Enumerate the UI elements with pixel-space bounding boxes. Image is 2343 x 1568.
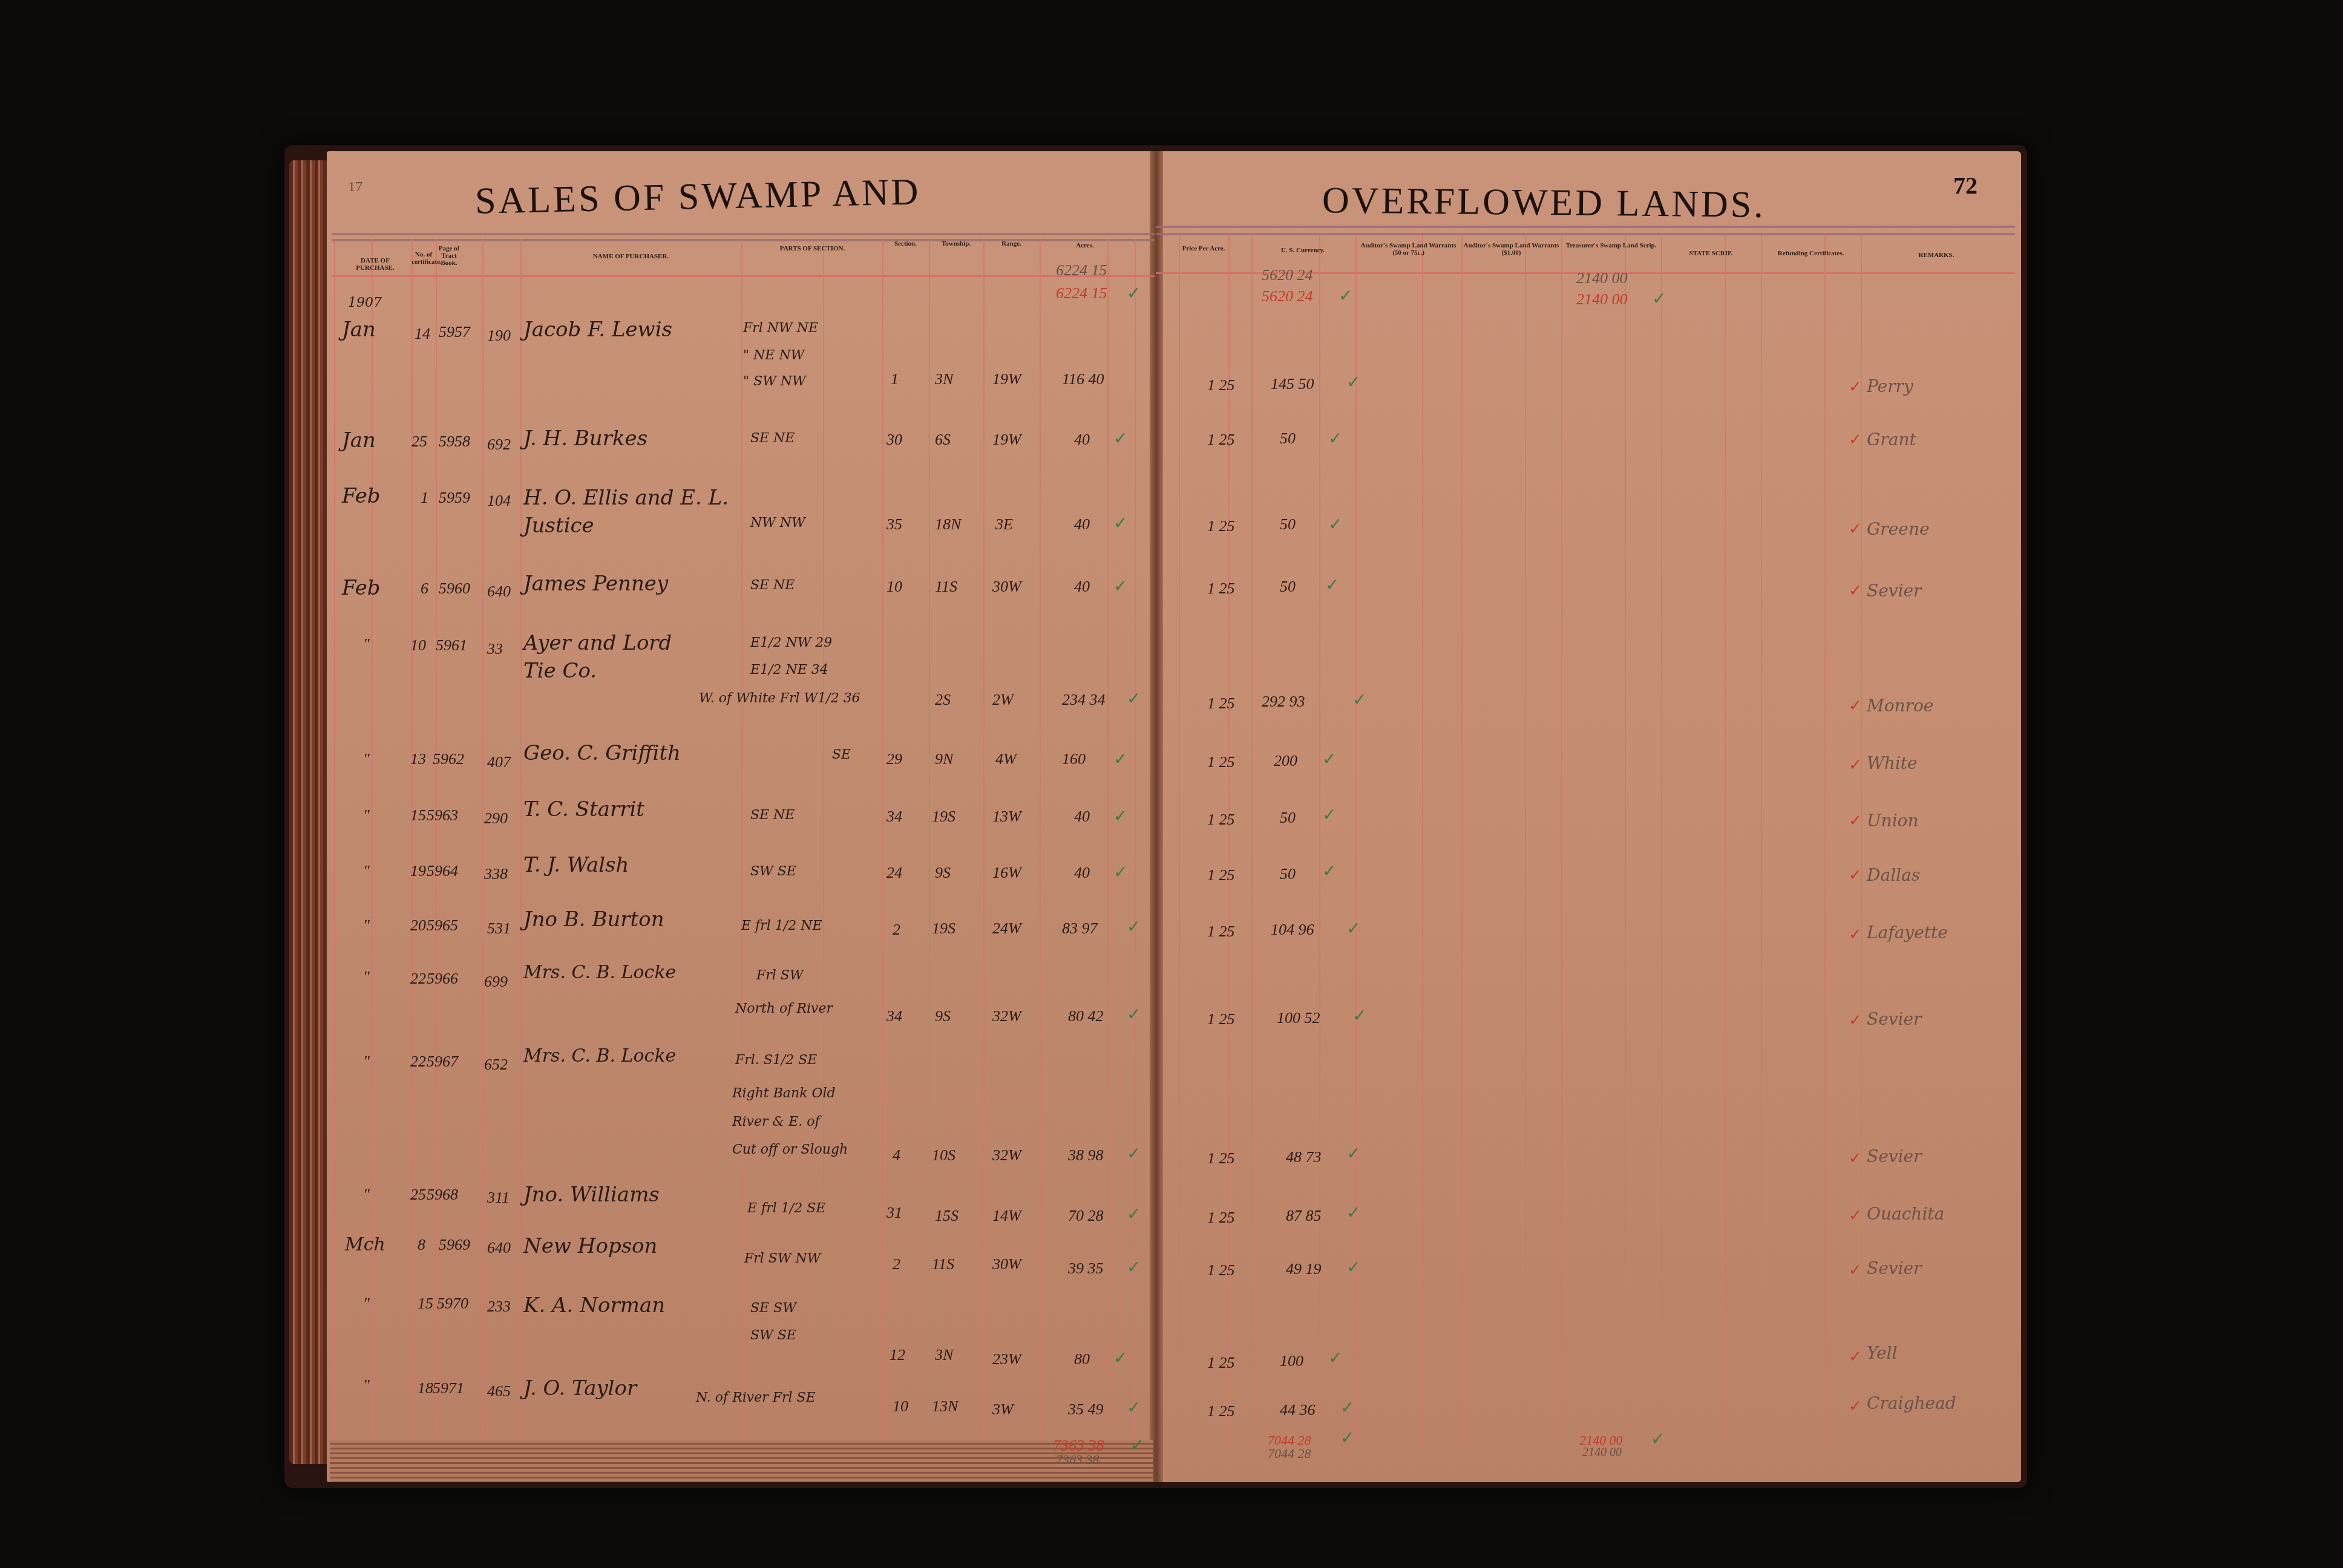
entry-day: 19 (410, 862, 426, 880)
entry-township: 19S (932, 920, 955, 938)
entry-range: 3W (992, 1400, 1014, 1419)
entry-parts-line: " NE NW (743, 348, 804, 363)
entry-price: 1 25 (1207, 580, 1235, 598)
entry-parts-line: E1/2 NE 34 (750, 662, 828, 678)
entry-cert: 5970 (437, 1295, 468, 1313)
entry-range: 19W (992, 370, 1021, 388)
check-icon: ✓ (1328, 1348, 1342, 1368)
header-cert: No. of certificate. (411, 251, 436, 266)
entry-parts-line: SE NE (750, 578, 795, 593)
check-icon: ✓ (1113, 428, 1127, 448)
entry-currency: 50 (1280, 578, 1296, 596)
page-stack-bottom (330, 1440, 1153, 1482)
entry-township: 9N (935, 750, 953, 768)
entry-day: 18 (418, 1379, 433, 1397)
entry-parts-line: SE (832, 747, 851, 762)
entry-name: J. O. Taylor (523, 1376, 637, 1400)
header-treasury: Treasurer's Swamp Land Scrip. (1561, 242, 1661, 249)
entry-remark: Craighead (1867, 1393, 1956, 1413)
entry-remark: Sevier (1867, 1009, 1921, 1029)
entry-day: 25 (410, 1186, 426, 1204)
entry-remark: Sevier (1867, 1146, 1921, 1166)
entry-currency: 50 (1280, 515, 1296, 534)
entry-currency: 100 (1280, 1352, 1303, 1370)
entry-cert: 5964 (427, 862, 458, 880)
entry-acres: 80 (1074, 1350, 1090, 1368)
entry-remark: Greene (1867, 519, 1930, 539)
entry-month: Feb (342, 576, 381, 600)
check-icon: ✓ (1652, 289, 1666, 309)
entry-acres: 38 98 (1068, 1146, 1104, 1165)
entry-page: 190 (487, 327, 511, 345)
entry-price: 1 25 (1207, 1261, 1235, 1279)
header-rule-top (332, 233, 1155, 235)
header-auditor-100: Auditor's Swamp Land Warrants ($1.00) (1461, 242, 1561, 256)
entry-day: 22 (410, 970, 426, 988)
header-acres: Acres. (1040, 242, 1130, 249)
check-icon: ✓ (1322, 805, 1336, 825)
entry-acres: 80 42 (1068, 1007, 1104, 1025)
entry-acres: 40 (1074, 808, 1090, 826)
carried-acres-pencil: 6224 15 (1056, 261, 1107, 279)
check-icon: ✓ (1352, 690, 1366, 710)
entry-name: T. C. Starrit (523, 797, 644, 822)
header-remarks: REMARKS. (1861, 252, 2012, 259)
check-icon: ✓ (1130, 1435, 1144, 1455)
entry-cert: 5967 (427, 1053, 458, 1071)
page-title-right: OVERFLOWED LANDS. (1322, 179, 1766, 227)
entry-remark: Grant (1867, 430, 1916, 449)
header-state-scrip: STATE SCRIP. (1661, 250, 1761, 257)
entry-acres: 39 35 (1068, 1259, 1104, 1278)
entry-township: 3N (935, 370, 953, 388)
entry-section: 1 (891, 370, 899, 388)
entry-parts-line: SE NE (750, 431, 795, 446)
entry-range: 19W (992, 431, 1021, 449)
entry-cert: 5960 (439, 580, 470, 598)
header-currency: U. S. Currency. (1251, 247, 1354, 254)
entry-parts-line: N. of River Frl SE (696, 1390, 816, 1405)
entry-parts-line: E frl 1/2 SE (747, 1201, 825, 1216)
entry-day: 8 (418, 1236, 425, 1254)
red-check-icon: ✓ (1849, 1207, 1862, 1225)
entry-acres: 160 (1062, 750, 1086, 768)
header-rule-top-right-2 (1156, 233, 2015, 235)
entry-range: 14W (992, 1207, 1021, 1225)
entry-township: 9S (935, 1007, 951, 1025)
entry-parts-line: Frl. S1/2 SE (735, 1053, 817, 1068)
entry-month: " (363, 750, 370, 768)
header-refunding: Refunding Certificates. (1761, 250, 1861, 257)
carried-treasury-red: 2140 00 (1576, 290, 1628, 309)
entry-parts-line: North of River (735, 1001, 833, 1016)
entry-acres: 70 28 (1068, 1207, 1104, 1225)
entry-section: 34 (886, 808, 902, 826)
check-icon: ✓ (1328, 428, 1342, 448)
entry-page: 640 (487, 1239, 511, 1257)
entry-remark: Dallas (1867, 865, 1920, 885)
entry-cert: 5961 (436, 636, 467, 655)
entry-township: 13N (932, 1397, 958, 1416)
entry-currency: 50 (1280, 430, 1296, 448)
entry-range: 4W (995, 750, 1017, 768)
entry-remark: Yell (1867, 1343, 1898, 1363)
red-check-icon: ✓ (1849, 582, 1862, 600)
red-check-icon: ✓ (1849, 1261, 1862, 1279)
entry-page: 699 (484, 973, 508, 991)
entry-parts-line: SE NE (750, 808, 795, 823)
red-check-icon: ✓ (1849, 520, 1862, 538)
entry-remark: Sevier (1867, 1258, 1921, 1278)
page-number: 72 (1953, 171, 1978, 200)
entry-acres: 40 (1074, 578, 1090, 596)
red-check-icon: ✓ (1849, 697, 1862, 715)
entry-currency: 292 93 (1262, 693, 1305, 711)
entry-range: 30W (992, 578, 1021, 596)
entry-cert: 5965 (427, 916, 458, 935)
entry-township: 18N (935, 515, 961, 534)
entry-day: 6 (421, 580, 428, 598)
red-check-icon: ✓ (1849, 926, 1862, 944)
entry-parts-line: " SW NW (743, 374, 806, 389)
check-icon: ✓ (1328, 514, 1342, 534)
entry-range: 30W (992, 1255, 1021, 1273)
entry-cert: 5968 (427, 1186, 458, 1204)
header-name: NAME OF PURCHASER. (520, 253, 741, 260)
entry-remark: Ouachita (1867, 1204, 1944, 1224)
entry-name: Geo. C. Griffith (523, 741, 681, 765)
entry-month: Jan (342, 428, 376, 452)
total-acres-pencil: 7363 38 (1056, 1452, 1099, 1468)
check-icon: ✓ (1346, 372, 1360, 392)
check-icon: ✓ (1113, 862, 1127, 882)
entry-currency: 145 50 (1271, 375, 1314, 393)
entry-parts-line: SW SE (750, 864, 796, 879)
entry-acres: 116 40 (1062, 370, 1104, 388)
entry-page: 531 (487, 920, 511, 938)
entry-page: 407 (487, 753, 511, 771)
entry-cert: 5971 (433, 1379, 464, 1397)
entry-parts-line: NW NW (750, 515, 805, 531)
entry-page: 311 (487, 1189, 510, 1207)
entry-page: 33 (487, 640, 503, 658)
entry-price: 1 25 (1207, 811, 1235, 829)
entry-township: 11S (935, 578, 957, 596)
entry-name: Jno B. Burton (523, 907, 664, 932)
check-icon: ✓ (1325, 575, 1339, 595)
entry-price: 1 25 (1207, 1149, 1235, 1168)
entry-remark: Union (1867, 811, 1918, 831)
entry-section: 31 (886, 1204, 902, 1222)
check-icon: ✓ (1127, 1204, 1141, 1224)
entry-remark: Lafayette (1867, 923, 1948, 942)
entry-name: Jno. Williams (523, 1183, 660, 1207)
check-icon: ✓ (1127, 1257, 1141, 1277)
check-icon: ✓ (1346, 1143, 1360, 1163)
check-icon: ✓ (1322, 861, 1336, 881)
header-auditor-50: Auditor's Swamp Land Warrants (50 or 75c… (1355, 242, 1461, 256)
entry-remark: White (1867, 753, 1918, 773)
entry-page: 104 (487, 492, 511, 510)
carried-treasury-pencil: 2140 00 (1576, 269, 1628, 287)
entry-page: 692 (487, 436, 511, 454)
check-icon: ✓ (1127, 1397, 1141, 1417)
entry-township: 11S (932, 1255, 954, 1273)
entry-day: 22 (410, 1053, 426, 1071)
entry-parts-line: Frl SW NW (744, 1251, 821, 1266)
entry-price: 1 25 (1207, 1354, 1235, 1372)
entry-price: 1 25 (1207, 866, 1235, 884)
check-icon: ✓ (1113, 576, 1127, 596)
entry-township-2S: 2S (935, 691, 951, 709)
entry-section: 29 (886, 750, 902, 768)
page-edges (289, 160, 332, 1464)
entry-township: 3N (935, 1346, 953, 1364)
carried-currency-pencil: 5620 24 (1262, 266, 1313, 284)
entry-range: 3E (995, 515, 1013, 534)
check-icon: ✓ (1127, 283, 1141, 303)
pencil-page-mark: 17 (348, 179, 362, 195)
entry-price: 1 25 (1207, 431, 1235, 449)
entry-currency: 87 85 (1286, 1207, 1322, 1225)
red-check-icon: ✓ (1849, 378, 1862, 396)
book-gutter (1150, 151, 1163, 1482)
entry-name: James Penney (523, 572, 668, 596)
entry-price: 1 25 (1207, 923, 1235, 941)
entry-currency: 49 19 (1286, 1260, 1322, 1278)
header-price: Price Per Acre. (1179, 245, 1228, 252)
entry-page: 465 (487, 1382, 511, 1400)
check-icon: ✓ (1651, 1429, 1665, 1449)
entry-name: Mrs. C. B. Locke (523, 962, 676, 983)
entry-currency: 50 (1280, 809, 1296, 827)
entry-range: 13W (992, 808, 1021, 826)
entry-name: T. J. Walsh (523, 853, 629, 877)
entry-acres: 35 49 (1068, 1400, 1104, 1419)
entry-name: Ayer and Lord Tie Co. (523, 629, 693, 685)
entry-cert: 5963 (427, 806, 458, 825)
entry-price: 1 25 (1207, 376, 1235, 394)
entry-parts-line: Right Bank Old (732, 1086, 836, 1101)
entry-township: 10S (932, 1146, 955, 1165)
check-icon: ✓ (1339, 286, 1352, 305)
entry-month: Jan (342, 318, 376, 342)
entry-acres: 83 97 (1062, 920, 1098, 938)
entry-price: 1 25 (1207, 517, 1235, 535)
entry-section: 2 (893, 1255, 900, 1273)
entry-acres: 40 (1074, 515, 1090, 534)
entry-month: " (363, 1376, 370, 1394)
entry-township: 15S (935, 1207, 958, 1225)
entry-currency: 44 36 (1280, 1401, 1316, 1419)
entry-township: 6S (935, 431, 951, 449)
entry-range: 2W (992, 691, 1014, 709)
header-parts: PARTS OF SECTION. (741, 245, 883, 252)
entry-page: 652 (484, 1056, 508, 1074)
carried-currency-red: 5620 24 (1262, 287, 1313, 305)
entry-range: 32W (992, 1146, 1021, 1165)
entry-name: K. A. Norman (523, 1293, 665, 1318)
entry-month: " (363, 916, 370, 935)
header-date: DATE OF PURCHASE. (342, 257, 408, 272)
entry-range: 24W (992, 920, 1021, 938)
check-icon: ✓ (1113, 749, 1127, 769)
red-check-icon: ✓ (1849, 1348, 1862, 1366)
entry-remark: Perry (1867, 376, 1913, 396)
entry-parts-line: E frl 1/2 NE (741, 918, 822, 933)
entry-page: 233 (487, 1298, 511, 1316)
red-check-icon: ✓ (1849, 1149, 1862, 1168)
check-icon: ✓ (1127, 688, 1141, 708)
check-icon: ✓ (1352, 1005, 1366, 1025)
entry-month: " (363, 635, 370, 653)
entry-parts-line: River & E. of (732, 1114, 820, 1129)
entry-section: 35 (886, 515, 902, 534)
entry-parts-line: Frl NW NE (743, 321, 818, 336)
entry-range: 32W (992, 1007, 1021, 1025)
entry-township: 9S (935, 864, 951, 882)
header-rule-top-right (1156, 226, 2015, 228)
entry-cert: 5958 (439, 433, 470, 451)
entry-parts-line: E1/2 NW 29 (750, 635, 832, 650)
check-icon: ✓ (1113, 806, 1127, 826)
year-label: 1907 (348, 295, 382, 310)
entry-month: " (363, 1295, 370, 1313)
entry-month: " (363, 968, 370, 986)
entry-name: J. H. Burkes (523, 426, 647, 451)
entry-section: 10 (893, 1397, 908, 1416)
header-range: Range. (983, 240, 1040, 247)
entry-month: Feb (342, 484, 381, 508)
entry-price: 1 25 (1207, 753, 1235, 771)
entry-name: Mrs. C. B. Locke (523, 1045, 676, 1067)
total-currency-pencil: 7044 28 (1268, 1446, 1311, 1462)
check-icon: ✓ (1127, 1004, 1141, 1024)
entry-range: 23W (992, 1350, 1021, 1368)
entry-parts-line: SE SW (750, 1301, 796, 1316)
header-page: Page of Tract Book. (437, 245, 461, 267)
entry-month: " (363, 806, 370, 825)
entry-month: " (363, 862, 370, 880)
entry-range: 16W (992, 864, 1021, 882)
check-icon: ✓ (1346, 1203, 1360, 1223)
entry-section: 4 (893, 1146, 900, 1165)
entry-parts-line: W. of White Frl W1/2 36 (699, 691, 860, 706)
entry-page: 338 (484, 865, 508, 883)
entry-day: 14 (415, 325, 430, 343)
red-check-icon: ✓ (1849, 1011, 1862, 1030)
entry-parts-line: Frl SW (756, 968, 804, 983)
entry-name: New Hopson (523, 1234, 657, 1258)
entry-day: 15 (410, 806, 426, 825)
entry-page: 290 (484, 809, 508, 828)
entry-currency: 104 96 (1271, 921, 1314, 939)
entry-day: 10 (410, 636, 426, 655)
check-icon: ✓ (1322, 749, 1336, 769)
entry-acres: 40 (1074, 431, 1090, 449)
entry-section: 2 (893, 921, 900, 939)
entry-currency: 50 (1280, 865, 1296, 883)
entry-month: Mch (345, 1234, 385, 1255)
check-icon: ✓ (1346, 918, 1360, 938)
entry-day: 13 (410, 750, 426, 768)
entry-page: 640 (487, 583, 511, 601)
header-township: Township. (929, 240, 983, 247)
red-check-icon: ✓ (1849, 756, 1862, 774)
carried-acres-red: 6224 15 (1056, 284, 1107, 302)
entry-cert: 5962 (433, 750, 464, 768)
header-section: Section. (882, 240, 929, 247)
entry-section: 34 (886, 1007, 902, 1025)
entry-section: 24 (886, 864, 902, 882)
check-icon: ✓ (1340, 1397, 1354, 1417)
red-check-icon: ✓ (1849, 812, 1862, 830)
entry-price: 1 25 (1207, 1209, 1235, 1227)
entry-day: 1 (421, 489, 428, 507)
entry-price: 1 25 (1207, 1010, 1235, 1028)
red-check-icon: ✓ (1849, 866, 1862, 884)
check-icon: ✓ (1127, 916, 1141, 936)
red-check-icon: ✓ (1849, 431, 1862, 449)
check-icon: ✓ (1340, 1428, 1354, 1448)
entry-acres: 40 (1074, 864, 1090, 882)
entry-township: 19S (932, 808, 955, 826)
entry-price: 1 25 (1207, 694, 1235, 713)
check-icon: ✓ (1346, 1257, 1360, 1277)
entry-month: " (363, 1186, 370, 1204)
entry-price: 1 25 (1207, 1402, 1235, 1420)
entry-acres: 234 34 (1062, 691, 1106, 709)
entry-cert: 5959 (439, 489, 470, 507)
entry-name: Jacob F. Lewis (523, 318, 672, 342)
entry-month: " (363, 1053, 370, 1071)
entry-parts-line: SW SE (750, 1328, 796, 1343)
check-icon: ✓ (1127, 1143, 1141, 1163)
total-treasury-pencil: 2140 00 (1582, 1446, 1622, 1460)
entry-currency: 48 73 (1286, 1148, 1322, 1166)
entry-remark: Sevier (1867, 581, 1921, 601)
entry-section: 10 (886, 578, 902, 596)
entry-section: 12 (890, 1346, 905, 1364)
check-icon: ✓ (1113, 1348, 1127, 1368)
check-icon: ✓ (1113, 513, 1127, 533)
entry-cert: 5969 (439, 1236, 470, 1254)
entry-cert: 5957 (439, 323, 470, 341)
entry-day: 20 (410, 916, 426, 935)
entry-day: 25 (411, 433, 427, 451)
entry-parts-line: Cut off or Slough (732, 1142, 848, 1157)
entry-currency: 200 (1274, 752, 1297, 770)
red-check-icon: ✓ (1849, 1397, 1862, 1416)
entry-cert: 5966 (427, 970, 458, 988)
header-rule-bottom (332, 275, 1155, 277)
entry-remark: Monroe (1867, 696, 1933, 716)
entry-currency: 100 52 (1277, 1009, 1320, 1027)
entry-name: H. O. Ellis and E. L. Justice (523, 484, 741, 540)
entry-section: 30 (886, 431, 902, 449)
entry-day: 15 (418, 1295, 433, 1313)
